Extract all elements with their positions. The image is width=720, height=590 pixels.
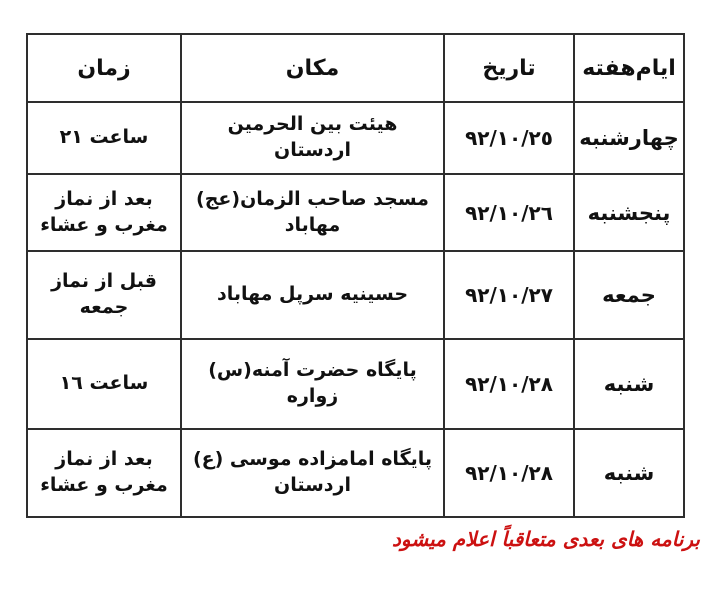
cell-date: ٩٢/١٠/٢٥ bbox=[444, 102, 574, 174]
cell-location: مسجد صاحب الزمان(عج) مهاباد bbox=[181, 174, 444, 251]
cell-location: هیئت بین الحرمین اردستان bbox=[181, 102, 444, 174]
footer-note: برنامه های بعدی متعاقباً اعلام میشود bbox=[392, 527, 700, 551]
cell-time: بعد از نماز مغرب و عشاء bbox=[27, 429, 181, 517]
table-row: جمعه ٩٢/١٠/٢٧ حسینیه سرپل مهاباد قبل از … bbox=[27, 251, 684, 339]
cell-day: شنبه bbox=[574, 429, 684, 517]
cell-time: ساعت ٢١ bbox=[27, 102, 181, 174]
cell-time: بعد از نماز مغرب و عشاء bbox=[27, 174, 181, 251]
col-header-day: ایام‌هفته bbox=[574, 34, 684, 102]
table-row: پنجشنبه ٩٢/١٠/٢٦ مسجد صاحب الزمان(عج) مه… bbox=[27, 174, 684, 251]
page: ایام‌هفته تاریخ مکان زمان چهارشنبه ٩٢/١٠… bbox=[0, 0, 720, 590]
cell-time: قبل از نماز جمعه bbox=[27, 251, 181, 339]
cell-location: پایگاه امامزاده موسی (ع) اردستان bbox=[181, 429, 444, 517]
table-row: چهارشنبه ٩٢/١٠/٢٥ هیئت بین الحرمین اردست… bbox=[27, 102, 684, 174]
col-header-location: مکان bbox=[181, 34, 444, 102]
col-header-time: زمان bbox=[27, 34, 181, 102]
col-header-date: تاریخ bbox=[444, 34, 574, 102]
cell-date: ٩٢/١٠/٢٨ bbox=[444, 429, 574, 517]
cell-day: شنبه bbox=[574, 339, 684, 429]
cell-time: ساعت ١٦ bbox=[27, 339, 181, 429]
cell-day: جمعه bbox=[574, 251, 684, 339]
cell-location: پایگاه حضرت آمنه(س) زواره bbox=[181, 339, 444, 429]
table-row: شنبه ٩٢/١٠/٢٨ پایگاه امامزاده موسی (ع) ا… bbox=[27, 429, 684, 517]
cell-day: پنجشنبه bbox=[574, 174, 684, 251]
cell-location: حسینیه سرپل مهاباد bbox=[181, 251, 444, 339]
schedule-table: ایام‌هفته تاریخ مکان زمان چهارشنبه ٩٢/١٠… bbox=[26, 33, 685, 518]
table-row: شنبه ٩٢/١٠/٢٨ پایگاه حضرت آمنه(س) زواره … bbox=[27, 339, 684, 429]
cell-date: ٩٢/١٠/٢٨ bbox=[444, 339, 574, 429]
cell-date: ٩٢/١٠/٢٧ bbox=[444, 251, 574, 339]
table-header-row: ایام‌هفته تاریخ مکان زمان bbox=[27, 34, 684, 102]
cell-day: چهارشنبه bbox=[574, 102, 684, 174]
cell-date: ٩٢/١٠/٢٦ bbox=[444, 174, 574, 251]
